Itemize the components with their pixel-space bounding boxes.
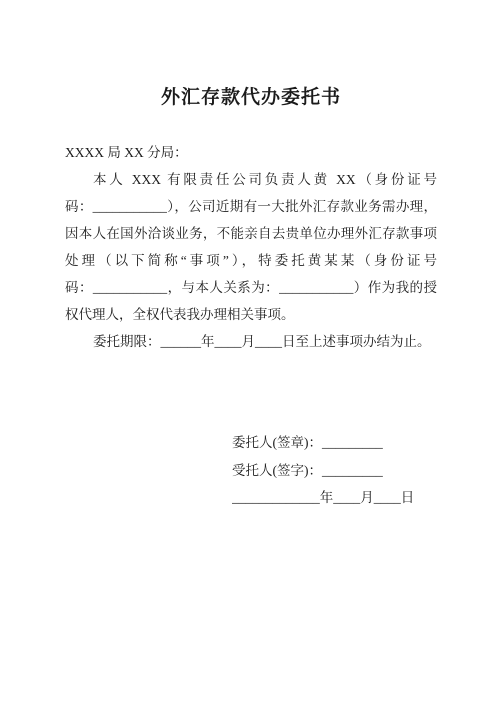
term-line: 委托期限：______年____月____日至上述事项办结为止。 — [65, 328, 437, 355]
body-line: 因本人在国外洽谈业务，不能亲自去贵单位办理外汇存款事项 — [65, 220, 437, 247]
date-line: _____________年____月____日 — [232, 484, 437, 512]
body-line: 码：___________，与本人关系为：___________）作为我的授 — [65, 274, 437, 301]
signature-block: 委托人(签章)：_________ 受托人(签字)：_________ ____… — [232, 429, 437, 512]
body-line: 码：___________），公司近期有一大批外汇存款业务需办理， — [65, 193, 437, 220]
document-title: 外汇存款代办委托书 — [65, 84, 437, 111]
consignor-signature-line: 委托人(签章)：_________ — [232, 429, 437, 457]
body-line: 处理（以下简称“事项”），特委托黄某某（身份证号 — [65, 247, 437, 274]
salutation-line: XXXX 局 XX 分局： — [65, 139, 437, 166]
consignee-signature-line: 受托人(签字)：_________ — [232, 457, 437, 485]
body-line: 本人 XXX 有限责任公司负责人黄 XX（身份证号 — [65, 166, 437, 193]
body-paragraph: 本人 XXX 有限责任公司负责人黄 XX（身份证号 码：___________）… — [65, 166, 437, 355]
document-page: 外汇存款代办委托书 XXXX 局 XX 分局： 本人 XXX 有限责任公司负责人… — [0, 0, 500, 707]
body-line: 权代理人，全权代表我办理相关事项。 — [65, 301, 437, 328]
